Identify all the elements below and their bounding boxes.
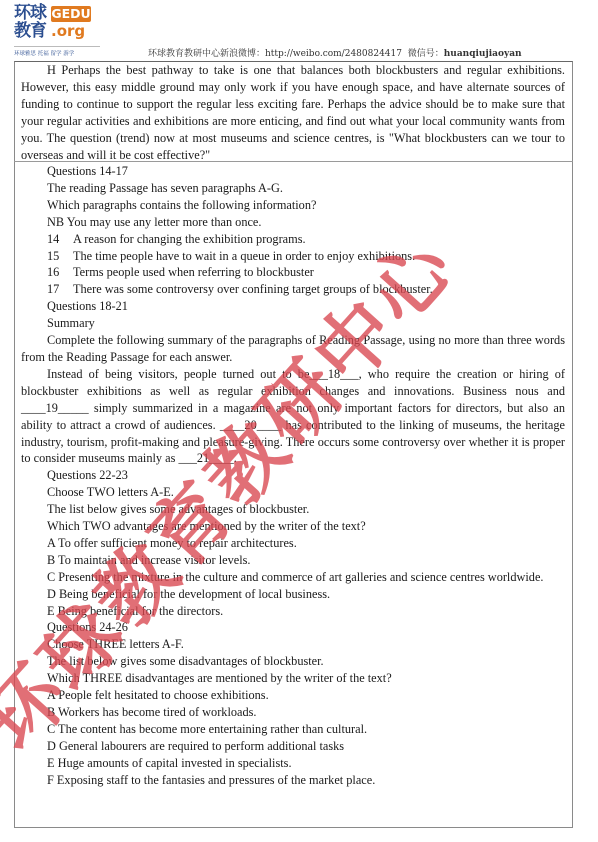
wechat-label: 微信号： (408, 49, 444, 59)
q18-21-instruction: Complete the following summary of the pa… (21, 332, 565, 366)
option-item: E Huge amounts of capital invested in sp… (21, 755, 565, 772)
question-text: There was some controversy over confinin… (73, 282, 433, 296)
q24-26-line: Choose THREE letters A-F. (21, 636, 565, 653)
header-contact-line: 环球教育教研中心新浪微博：http://weibo.com/2480824417… (148, 46, 522, 59)
option-item: C The content has become more entertaini… (21, 721, 565, 738)
weibo-url: http://weibo.com/2480824417 (265, 49, 402, 59)
option-item: B To maintain and increase visitor level… (21, 552, 565, 569)
q14-17-title: Questions 14-17 (21, 163, 565, 180)
logo-brand-org: .org (51, 23, 85, 40)
paragraph-h: H Perhaps the best pathway to take is on… (21, 62, 565, 163)
q22-23-line: Choose TWO letters A-E. (21, 484, 565, 501)
q22-23-title: Questions 22-23 (21, 467, 565, 484)
question-number: 14 (47, 231, 73, 248)
q24-26-line: Which THREE disadvantages are mentioned … (21, 670, 565, 687)
option-item: C Presenting the mixture in the culture … (21, 569, 565, 586)
logo-brand-box: GEDU (51, 6, 91, 22)
gedu-logo: 环球 教育 GEDU .org 环球雅思 托福 留学 游学 (14, 4, 114, 58)
questions-section: Questions 14-17 The reading Passage has … (21, 163, 565, 789)
q18-21-title: Questions 18-21 (21, 298, 565, 315)
q14-17-line: NB You may use any letter more than once… (21, 214, 565, 231)
logo-cn-line1: 环球 (14, 4, 46, 22)
question-item: 16Terms people used when referring to bl… (21, 264, 565, 281)
question-text: The time people have to wait in a queue … (73, 249, 415, 263)
q14-17-line: Which paragraphs contains the following … (21, 197, 565, 214)
question-number: 16 (47, 264, 73, 281)
passage-section: H Perhaps the best pathway to take is on… (21, 62, 565, 163)
logo-cn-line2: 教育 (14, 22, 46, 40)
q18-21-subtitle: Summary (21, 315, 565, 332)
logo-chinese-name: 环球 教育 (14, 4, 46, 40)
q24-26-title: Questions 24-26 (21, 619, 565, 636)
option-item: B Workers has become tired of workloads. (21, 704, 565, 721)
weibo-label: 环球教育教研中心新浪微博： (148, 49, 265, 59)
q18-21-summary: Instead of being visitors, people turned… (21, 366, 565, 467)
option-item: A To offer sufficient money to repair ar… (21, 535, 565, 552)
logo-divider (14, 46, 100, 47)
question-item: 14A reason for changing the exhibition p… (21, 231, 565, 248)
q24-26-line: The list below gives some disadvantages … (21, 653, 565, 670)
option-item: D Being beneficial for the development o… (21, 586, 565, 603)
question-number: 15 (47, 248, 73, 265)
wechat-id: huanqiujiaoyan (444, 49, 522, 59)
question-text: Terms people used when referring to bloc… (73, 265, 314, 279)
question-text: A reason for changing the exhibition pro… (73, 232, 306, 246)
question-number: 17 (47, 281, 73, 298)
option-item: A People felt hesitated to choose exhibi… (21, 687, 565, 704)
question-item: 17There was some controversy over confin… (21, 281, 565, 298)
option-item: E Being beneficial for the directors. (21, 603, 565, 620)
option-item: D General labourers are required to perf… (21, 738, 565, 755)
option-item: F Exposing staff to the fantasies and pr… (21, 772, 565, 789)
question-item: 15The time people have to wait in a queu… (21, 248, 565, 265)
q22-23-line: Which TWO advantages are mentioned by th… (21, 518, 565, 535)
q22-23-line: The list below gives some advantages of … (21, 501, 565, 518)
logo-tagline: 环球雅思 托福 留学 游学 (14, 49, 74, 57)
q14-17-line: The reading Passage has seven paragraphs… (21, 180, 565, 197)
